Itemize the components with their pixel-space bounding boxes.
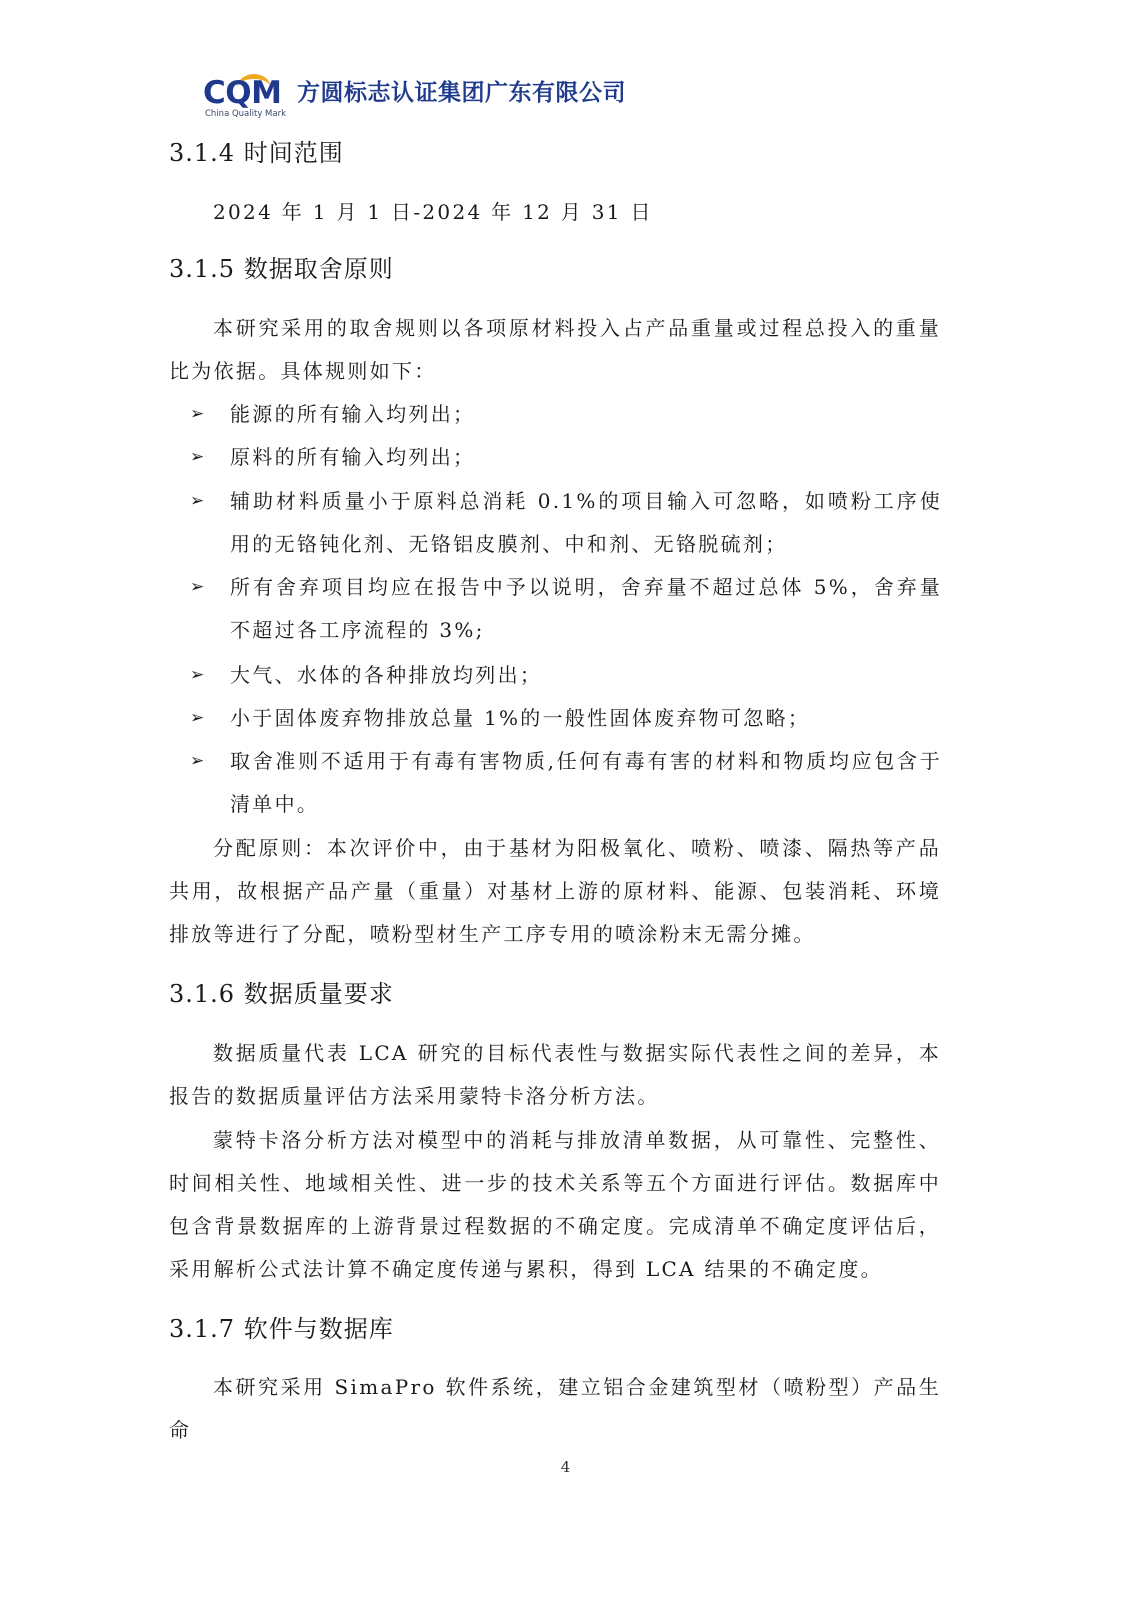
- arrow-bullet-icon: ➢: [190, 566, 210, 609]
- cutoff-rule-item: ➢ 辅助材料质量小于原料总消耗 0.1%的项目输入可忽略，如喷粉工序使用的无铬钝…: [190, 480, 942, 566]
- time-range-text: 2024 年 1 月 1 日-2024 年 12 月 31 日: [169, 191, 941, 234]
- arrow-bullet-icon: ➢: [190, 654, 210, 697]
- cutoff-rule-item: ➢ 能源的所有输入均列出；: [190, 393, 942, 436]
- page-number: 4: [0, 1458, 1131, 1476]
- document-page: CQM 方圆标志认证集团广东有限公司 China Quality Mark 3.…: [0, 0, 1131, 1600]
- heading-3-1-4: 3.1.4 时间范围: [169, 138, 344, 168]
- cutoff-rule-item: ➢ 大气、水体的各种排放均列出；: [190, 654, 942, 697]
- software-para-1: 本研究采用 SimaPro 软件系统，建立铝合金建筑型材（喷粉型）产品生命: [169, 1366, 941, 1452]
- data-quality-para-1: 数据质量代表 LCA 研究的目标代表性与数据实际代表性之间的差异，本报告的数据质…: [169, 1032, 941, 1118]
- cutoff-rule-item: ➢ 所有舍弃项目均应在报告中予以说明，舍弃量不超过总体 5%，舍弃量不超过各工序…: [190, 566, 942, 652]
- allocation-principle: 分配原则：本次评价中，由于基材为阳极氧化、喷粉、喷漆、隔热等产品共用，故根据产品…: [169, 827, 941, 956]
- arrow-bullet-icon: ➢: [190, 393, 210, 436]
- arrow-bullet-icon: ➢: [190, 436, 210, 479]
- company-name: 方圆标志认证集团广东有限公司: [297, 79, 626, 107]
- arrow-bullet-icon: ➢: [190, 480, 210, 523]
- arrow-bullet-icon: ➢: [190, 697, 210, 740]
- heading-3-1-6: 3.1.6 数据质量要求: [169, 979, 394, 1009]
- heading-3-1-7: 3.1.7 软件与数据库: [169, 1314, 394, 1344]
- logo-subtitle: China Quality Mark: [205, 109, 286, 119]
- heading-3-1-5: 3.1.5 数据取舍原则: [169, 254, 394, 284]
- company-logo: CQM 方圆标志认证集团广东有限公司 China Quality Mark: [203, 66, 643, 122]
- cutoff-rule-item: ➢ 小于固体废弃物排放总量 1%的一般性固体废弃物可忽略；: [190, 697, 942, 740]
- cutoff-rule-item: ➢ 取舍准则不适用于有毒有害物质,任何有毒有害的材料和物质均应包含于清单中。: [190, 740, 942, 826]
- data-quality-para-2: 蒙特卡洛分析方法对模型中的消耗与排放清单数据，从可靠性、完整性、时间相关性、地域…: [169, 1119, 941, 1291]
- cutoff-intro: 本研究采用的取舍规则以各项原材料投入占产品重量或过程总投入的重量比为依据。具体规…: [169, 307, 941, 393]
- arrow-bullet-icon: ➢: [190, 740, 210, 783]
- logo-mark: CQM: [203, 76, 281, 110]
- cutoff-rule-item: ➢ 原料的所有输入均列出；: [190, 436, 942, 479]
